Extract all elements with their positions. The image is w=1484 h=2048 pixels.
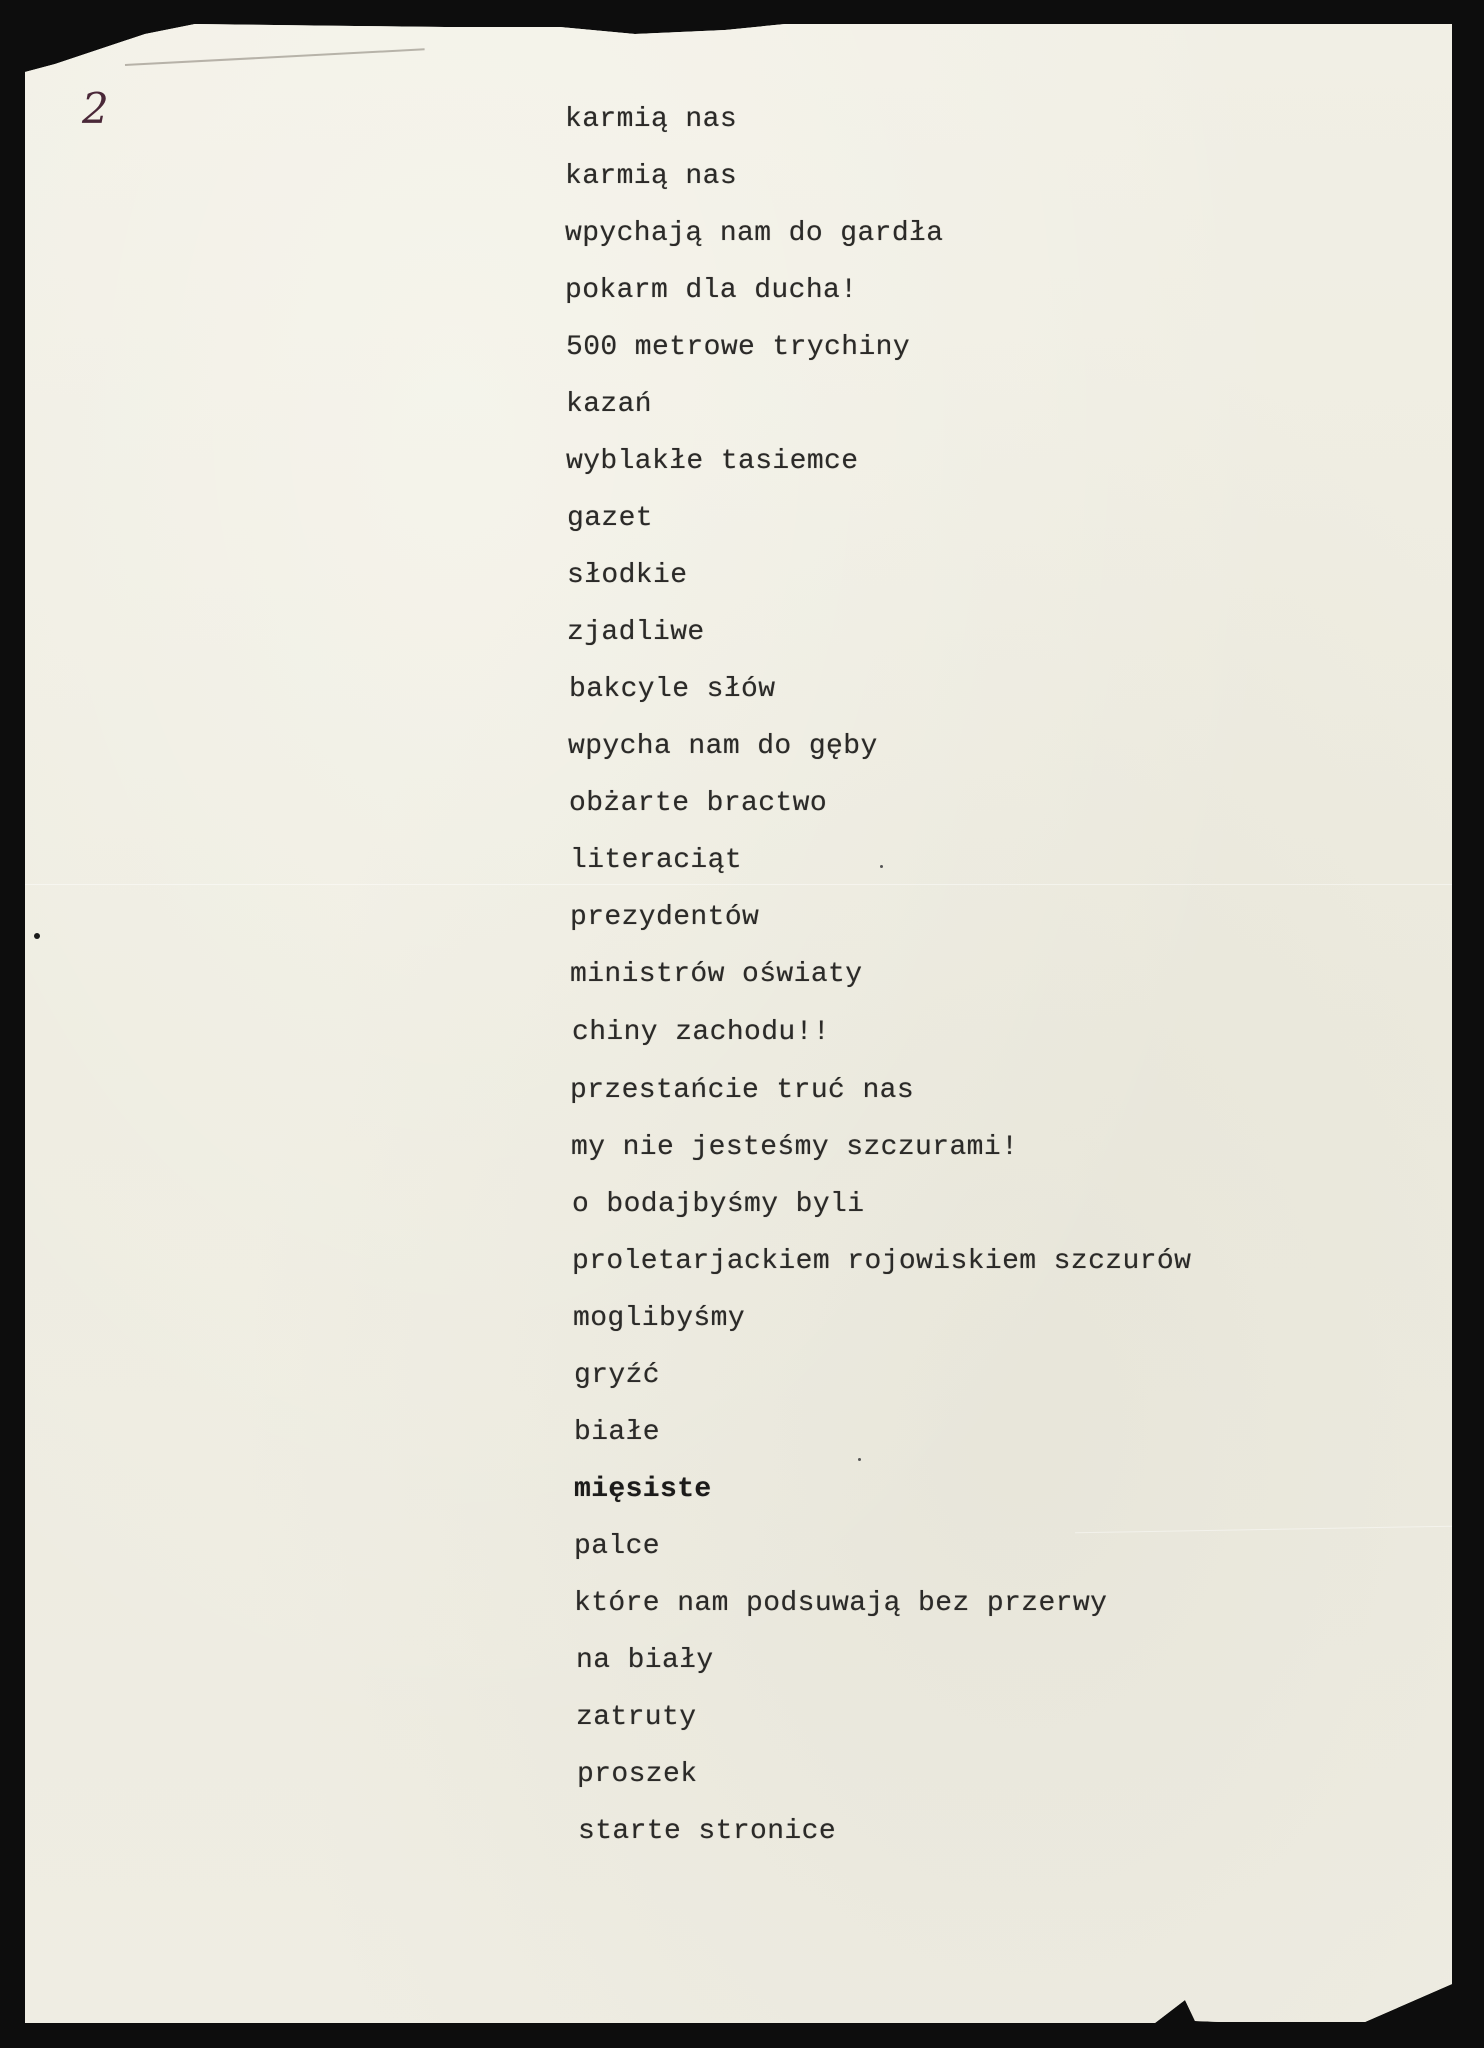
paper-wrinkle: [1075, 1526, 1452, 1534]
ink-speck: [880, 865, 883, 868]
poem-line: starte stronice: [578, 1818, 836, 1846]
poem-line: wpycha nam do gęby: [568, 733, 878, 761]
poem-line: proszek: [577, 1761, 697, 1789]
poem-line: na biały: [576, 1647, 714, 1675]
poem-line: słodkie: [567, 562, 687, 590]
poem-line: mięsiste: [574, 1476, 712, 1504]
poem-line: proletarjackiem rojowiskiem szczurów: [572, 1248, 1191, 1276]
poem-line: moglibyśmy: [573, 1305, 745, 1333]
poem-line: 500 metrowe trychiny: [566, 334, 910, 362]
poem-line: pokarm dla ducha!: [565, 277, 857, 305]
poem-line: o bodajbyśmy byli: [572, 1191, 864, 1219]
ink-speck: [34, 933, 40, 939]
poem-line: literaciąt: [570, 847, 742, 875]
poem-line: gazet: [567, 505, 653, 533]
handwritten-page-number: 2: [82, 88, 109, 130]
poem-line: ministrów oświaty: [570, 961, 862, 989]
poem-line: bakcyle słów: [569, 676, 775, 704]
poem-line: obżarte bractwo: [569, 790, 827, 818]
poem-line: wyblakłe tasiemce: [566, 448, 858, 476]
poem-line: chiny zachodu!!: [572, 1019, 830, 1047]
poem-line: my nie jesteśmy szczurami!: [571, 1134, 1018, 1162]
paper-horizontal-crease: [25, 884, 1452, 885]
poem-line: karmią nas: [565, 163, 737, 191]
poem-line: prezydentów: [570, 904, 759, 932]
poem-line: kazań: [566, 391, 652, 419]
paper-fold-crease: [125, 48, 425, 66]
poem-line: przestańcie truć nas: [570, 1077, 914, 1105]
poem-line: karmią nas: [565, 106, 737, 134]
poem-line: białe: [574, 1419, 660, 1447]
poem-line: zjadliwe: [567, 619, 705, 647]
poem-line: które nam podsuwają bez przerwy: [574, 1590, 1107, 1618]
poem-line: zatruty: [576, 1704, 696, 1732]
poem-line: gryźć: [574, 1362, 660, 1390]
ink-speck: [858, 1458, 861, 1461]
poem-line: palce: [574, 1533, 660, 1561]
poem-line: wpychają nam do gardła: [565, 220, 943, 248]
